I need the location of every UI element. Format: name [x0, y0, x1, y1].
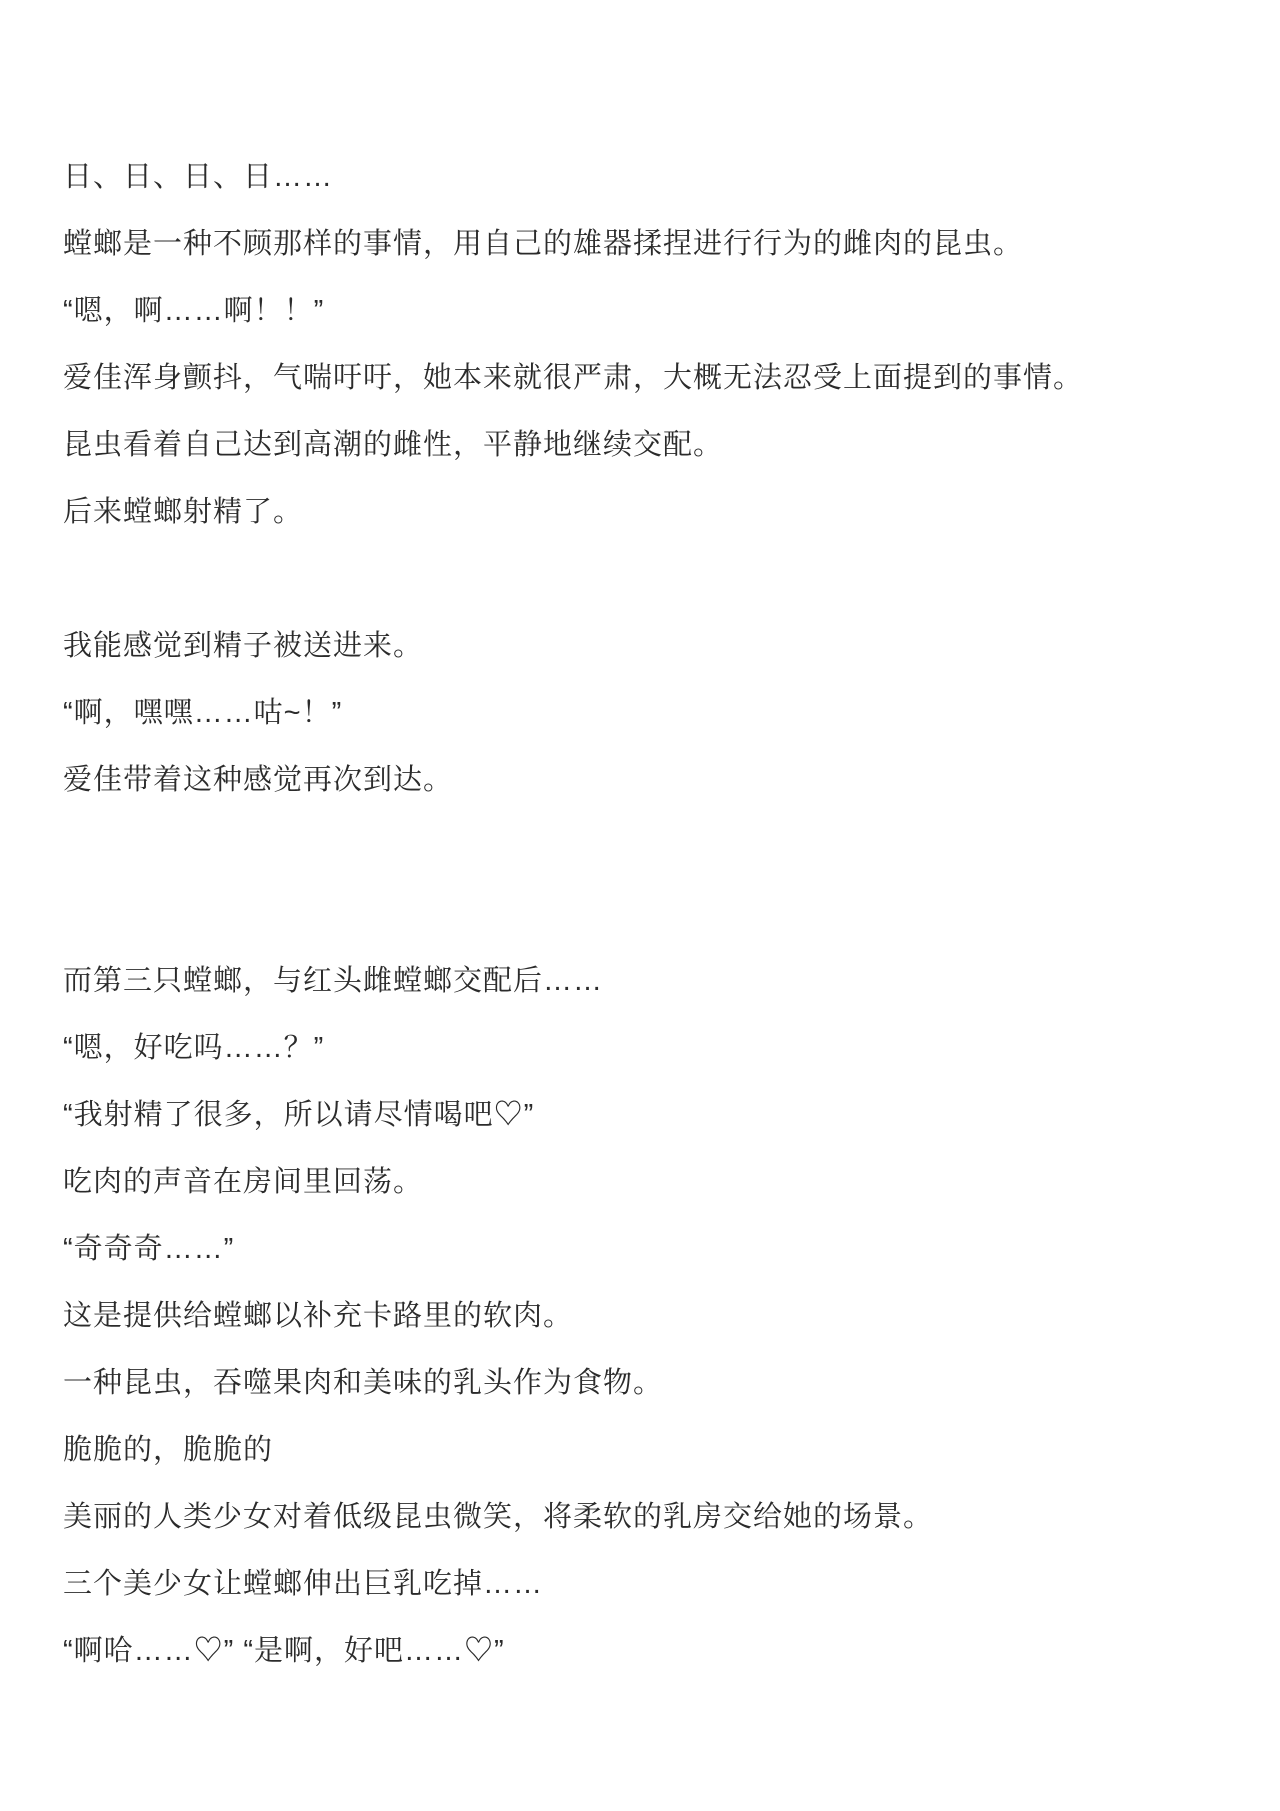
blank-line — [63, 814, 1220, 881]
text-line: “啊，嘿嘿……咕~！” — [63, 680, 1220, 747]
text-line: 一种昆虫，吞噬果肉和美味的乳头作为食物。 — [63, 1350, 1220, 1417]
text-line: 这是提供给螳螂以补充卡路里的软肉。 — [63, 1283, 1220, 1350]
text-line: 吃肉的声音在房间里回荡。 — [63, 1149, 1220, 1216]
text-line: 而第三只螳螂，与红头雌螳螂交配后…… — [63, 948, 1220, 1015]
text-line: “嗯，好吃吗……？” — [63, 1015, 1220, 1082]
document-page: 日、日、日、日……螳螂是一种不顾那样的事情，用自己的雄器揉捏进行行为的雌肉的昆虫… — [0, 0, 1280, 1811]
text-line: 爱佳带着这种感觉再次到达。 — [63, 747, 1220, 814]
text-line: 脆脆的，脆脆的 — [63, 1417, 1220, 1484]
text-line: 日、日、日、日…… — [63, 144, 1220, 211]
text-line: 爱佳浑身颤抖，气喘吁吁，她本来就很严肃，大概无法忍受上面提到的事情。 — [63, 345, 1220, 412]
blank-line — [63, 881, 1220, 948]
text-line: 美丽的人类少女对着低级昆虫微笑，将柔软的乳房交给她的场景。 — [63, 1484, 1220, 1551]
text-line: “我射精了很多，所以请尽情喝吧♡” — [63, 1082, 1220, 1149]
text-line: “嗯，啊……啊！！” — [63, 278, 1220, 345]
text-line: 后来螳螂射精了。 — [63, 479, 1220, 546]
text-line: 螳螂是一种不顾那样的事情，用自己的雄器揉捏进行行为的雌肉的昆虫。 — [63, 211, 1220, 278]
text-line: 昆虫看着自己达到高潮的雌性，平静地继续交配。 — [63, 412, 1220, 479]
text-line: “奇奇奇……” — [63, 1216, 1220, 1283]
blank-line — [63, 546, 1220, 613]
text-line: 我能感觉到精子被送进来。 — [63, 613, 1220, 680]
text-line: “啊哈……♡” “是啊，好吧……♡” — [63, 1618, 1220, 1685]
text-block: 日、日、日、日……螳螂是一种不顾那样的事情，用自己的雄器揉捏进行行为的雌肉的昆虫… — [63, 144, 1220, 1685]
text-line: 三个美少女让螳螂伸出巨乳吃掉…… — [63, 1551, 1220, 1618]
